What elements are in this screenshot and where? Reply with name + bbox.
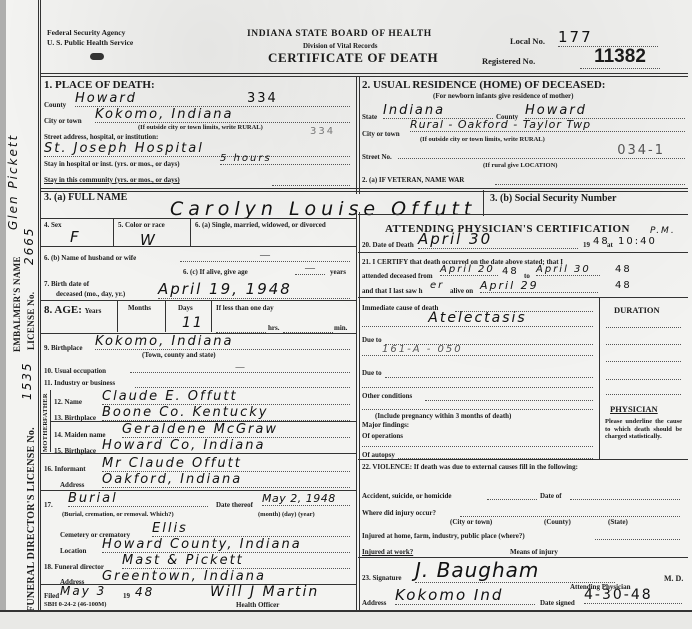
due-to-2-label: Due to — [362, 369, 382, 377]
informant-address-label: Address — [60, 481, 84, 489]
dod-ampm: P.M. — [650, 226, 676, 236]
res-city-label: City or town — [362, 130, 400, 138]
veteran-value — [495, 176, 685, 185]
date-signed-label: Date signed — [540, 599, 575, 607]
months-label: Months — [128, 304, 151, 312]
mother-birthplace-value: Howard Co, Indiana — [102, 438, 350, 454]
due-to-2-line-b — [362, 386, 593, 388]
violence-rule — [358, 459, 688, 460]
ssn-divider — [483, 190, 484, 216]
county-code: 334 — [247, 91, 278, 106]
header-rule — [40, 73, 688, 77]
res-street-note: (If rural give LOCATION) — [483, 162, 557, 169]
industry-value — [135, 379, 350, 388]
phys-address-label: Address — [362, 599, 386, 607]
scan-bottom-edge — [0, 610, 692, 629]
health-officer-label: Health Officer — [236, 601, 279, 609]
informant-rule — [40, 453, 356, 454]
pregnancy-note: (Include pregnancy within 3 months of de… — [375, 412, 511, 420]
attended-label: attended deceased from — [362, 272, 433, 280]
city-note: (If outside city or town limits, write R… — [138, 124, 263, 131]
method-value: Burial — [68, 491, 208, 507]
injured-at-label: Injured at home, farm, industry, public … — [362, 532, 525, 540]
due-to-2-line — [385, 376, 593, 378]
father-birthplace-value: Boone Co. Kentucky — [102, 405, 350, 421]
fd-license: 1535 — [20, 361, 34, 400]
physician-box-label: PHYSICIAN — [610, 404, 658, 414]
dod-time-label: at — [607, 241, 613, 249]
res-city-note: (If outside city or town limits, write R… — [420, 136, 545, 143]
director-address-value: Greentown, Indiana — [102, 569, 350, 585]
ssn-label: 3. (b) Social Security Number — [490, 193, 616, 204]
violence-label: 22. VIOLENCE: If death was due to extern… — [362, 463, 592, 471]
physician-top-rule — [358, 214, 688, 215]
age-heading: 8. AGE: — [44, 304, 82, 316]
operations-label: Of operations — [362, 432, 403, 440]
division-name: Division of Vital Records — [303, 42, 377, 50]
county-value: Howard334 — [75, 91, 350, 107]
veteran-label: 2. (a) IF VETERAN, NAME WAR — [362, 176, 464, 184]
res-street-label: Street No. — [362, 153, 392, 161]
death-certificate: EMBALMER'S NAME Glen Pickett LICENSE No.… — [0, 0, 692, 629]
sex-divider — [113, 218, 114, 246]
disp-date-note: (month) (day) (year) — [258, 511, 315, 518]
father-side-label: FATHER — [42, 393, 49, 421]
filed-value: May 3 — [60, 584, 106, 598]
embalmer-name-label: EMBALMER'S NAME — [12, 256, 22, 352]
form-body: Federal Security Agency U. S. Public Hea… — [40, 0, 692, 612]
scan-edge — [0, 0, 6, 610]
board-name: INDIANA STATE BOARD OF HEALTH — [247, 29, 432, 39]
res-state-label: State — [362, 113, 377, 121]
attended-to-year: 48 — [615, 264, 632, 275]
spouse-row-rule — [40, 246, 356, 247]
work-label: Injured at work? — [362, 548, 413, 556]
accident-line — [487, 498, 537, 500]
color-label: 5. Color or race — [118, 221, 165, 229]
months-divider — [165, 300, 166, 332]
location-value: Howard County, Indiana — [102, 537, 350, 553]
birth-label-2: deceased (mo., day, yr.) — [56, 290, 125, 298]
sec3-rule — [40, 188, 688, 192]
marital-label: 6. (a) Single, married, widowed, or divo… — [195, 221, 350, 229]
injured-at-line — [595, 538, 680, 540]
full-name-label: 3. (a) FULL NAME — [44, 192, 127, 203]
color-divider — [190, 218, 191, 246]
informant-value: Mr Claude Offutt — [102, 456, 350, 472]
major-findings-label: Major findings: — [362, 421, 409, 429]
attended-from-year: 48 — [502, 266, 519, 277]
where-label: Where did injury occur? — [362, 509, 436, 517]
birth-label-1: 7. Birth date of — [44, 280, 89, 288]
mother-maiden-value: Geraldene McGraw — [122, 422, 350, 438]
duration-divider — [599, 297, 600, 459]
duration-label: DURATION — [614, 305, 660, 315]
registered-no-label: Registered No. — [482, 56, 535, 66]
stay-hospital-label: Stay in hospital or inst. (yrs. or mos.,… — [44, 160, 180, 168]
agency-line2: U. S. Public Health Service — [47, 38, 133, 47]
director-label: 18. Funeral director — [44, 563, 104, 571]
operations-line — [362, 445, 593, 447]
filed-year-label: 19 — [123, 592, 130, 600]
location-label: Location — [60, 547, 86, 555]
embalmer-name: Glen Pickett — [6, 134, 20, 230]
informant-label: 16. Informant — [44, 465, 86, 473]
residence-heading: 2. USUAL RESIDENCE (HOME) OF DECEASED: — [362, 79, 605, 91]
birth-date-value: April 19, 1948 — [158, 280, 350, 299]
where-city-note: (City or town) — [450, 518, 492, 526]
other-line — [425, 399, 593, 401]
col-divider-top — [356, 76, 360, 194]
res-city-value: Rural - Oakford - Taylor Twp — [410, 118, 685, 132]
spouse-age-unit: years — [330, 268, 346, 276]
city-label: City or town — [44, 117, 82, 125]
cause-rule — [358, 297, 688, 298]
days-label: Days — [178, 304, 193, 312]
less-than-day-label: If less than one day — [216, 304, 274, 312]
date-of-label: Date of — [540, 492, 562, 500]
method-note: (Burial, cremation, or removal. Which?) — [62, 511, 174, 518]
days-divider — [211, 300, 212, 332]
spouse-age-value: — — [295, 263, 325, 275]
phys-address-value: Kokomo Ind — [395, 586, 535, 605]
sex-value: F — [70, 228, 81, 246]
county-label: County — [44, 101, 66, 109]
stay-community-label: Stay in this community (yrs. or mos., or… — [44, 176, 180, 184]
res-street-value: 034-1 — [398, 143, 685, 159]
local-no: 177 — [558, 28, 658, 47]
left-margin: EMBALMER'S NAME Glen Pickett LICENSE No.… — [0, 0, 41, 610]
stay-hospital-value: 5 hours — [220, 153, 350, 165]
duration-line-4 — [606, 378, 681, 380]
disp-date-label: Date thereof — [216, 501, 253, 509]
county-text: Howard — [75, 91, 137, 106]
occupation-value: — — [130, 362, 350, 373]
cemetery-value: Ellis — [152, 521, 350, 537]
immediate-cause-value: Atelectasis — [362, 310, 593, 327]
duration-line-2 — [606, 343, 681, 345]
hrs-value — [216, 324, 266, 333]
city-value: Kokomo, Indiana — [95, 107, 350, 123]
father-name-label: 12. Name — [54, 398, 82, 406]
street-code: 334 — [310, 126, 335, 137]
street-label: Street address, hospital, or institution… — [44, 133, 158, 141]
duration-line-1 — [606, 326, 681, 328]
sex-row-rule — [40, 218, 356, 219]
last-saw-label: and that I last saw h — [362, 287, 423, 295]
last-saw-date: April 29 — [480, 279, 598, 293]
other-conditions-label: Other conditions — [362, 392, 412, 400]
dod-time-value: 10:40 — [618, 236, 657, 247]
alive-on-label: alive on — [450, 287, 473, 295]
place-heading: 1. PLACE OF DEATH: — [44, 79, 155, 91]
accident-label: Accident, suicide, or homicide — [362, 492, 452, 500]
dod-value: April 30 — [418, 230, 578, 249]
registered-no: 11382 — [580, 46, 660, 69]
seal-emblem-icon — [90, 53, 104, 60]
days-value: 11 — [182, 315, 204, 331]
form-code: SBH 0-24-2 (46-100M) — [44, 601, 106, 608]
mother-side-label: MOTHER — [42, 421, 49, 452]
director-value: Mast & Pickett — [122, 553, 350, 569]
date-signed-value: 4-30-48 — [584, 587, 682, 604]
embalmer-license: 2665 — [22, 226, 36, 265]
dod-label: 20. Date of Death — [362, 241, 414, 249]
last-saw-pronoun: er — [430, 280, 444, 291]
spouse-age-label: 6. (c) If alive, give age — [183, 268, 248, 276]
certificate-title: CERTIFICATE OF DEATH — [268, 50, 438, 66]
res-county-value: Howard — [525, 103, 685, 119]
dod-year-label: 19 — [583, 241, 590, 249]
spouse-label: 6. (b) Name of husband or wife — [44, 254, 136, 262]
certify-rule — [358, 252, 688, 253]
filed-year-value: 48 — [135, 585, 154, 599]
physician-signature: J. Baugham — [415, 558, 615, 583]
signature-label: 23. Signature — [362, 574, 402, 582]
birthplace-value: Kokomo, Indiana — [95, 334, 350, 350]
due-to-1-label: Due to — [362, 336, 382, 344]
father-name-value: Claude E. Offutt — [102, 389, 350, 405]
birthplace-note: (Town, county and state) — [142, 351, 216, 359]
years-divider — [117, 300, 118, 332]
attended-to-value: April 30 — [536, 264, 600, 276]
means-label: Means of injury — [510, 548, 558, 556]
residence-note: (For newborn infants give residence of m… — [433, 92, 574, 100]
age-label: 8. AGE: Years — [44, 304, 101, 316]
agency-line1: Federal Security Agency — [47, 28, 125, 37]
method-label: 17. — [44, 501, 53, 509]
occupation-label: 10. Usual occupation — [44, 367, 106, 375]
where-state-note: (State) — [608, 518, 628, 526]
local-no-label: Local No. — [510, 36, 545, 46]
where-line — [460, 515, 680, 517]
industry-label: 11. Industry or business — [44, 379, 115, 387]
health-officer-signature: Will J Martin — [210, 584, 319, 600]
due-to-1-value: 161-A - 050 — [362, 344, 593, 356]
min-value — [283, 324, 333, 333]
physician-note: Please underline the cause to which deat… — [605, 418, 682, 441]
duration-line-5 — [606, 393, 681, 395]
filed-label: Filed — [44, 592, 59, 600]
fd-license-label: FUNERAL DIRECTOR'S LICENSE No. — [26, 427, 37, 612]
min-label: min. — [334, 324, 347, 332]
sex-label: 4. Sex — [44, 221, 62, 229]
autopsy-label: Of autopsy — [362, 451, 395, 459]
where-county-note: (County) — [544, 518, 571, 526]
embalmer-license-label: LICENSE No. — [26, 292, 36, 350]
col-divider-bottom — [356, 212, 360, 610]
date-of-line — [570, 498, 680, 500]
years-label: Years — [85, 307, 102, 315]
hrs-label: hrs. — [268, 324, 279, 332]
full-name-value: Carolyn Louise Offutt — [170, 198, 476, 220]
disp-date-value: May 2, 1948 — [262, 492, 350, 506]
stay-community-value — [272, 176, 350, 186]
informant-address-value: Oakford, Indiana — [102, 472, 350, 488]
last-saw-year: 48 — [615, 280, 632, 291]
birthplace-label: 9. Birthplace — [44, 344, 83, 352]
res-state-value: Indiana — [383, 103, 493, 119]
attended-from-value: April 20 — [440, 264, 498, 276]
other-line-b — [362, 408, 593, 410]
md-label: M. D. — [664, 574, 683, 583]
age-row-rule — [40, 300, 356, 301]
duration-line-3 — [606, 360, 681, 362]
spouse-value: — — [180, 250, 350, 262]
mother-maiden-label: 14. Maiden name — [54, 431, 106, 439]
